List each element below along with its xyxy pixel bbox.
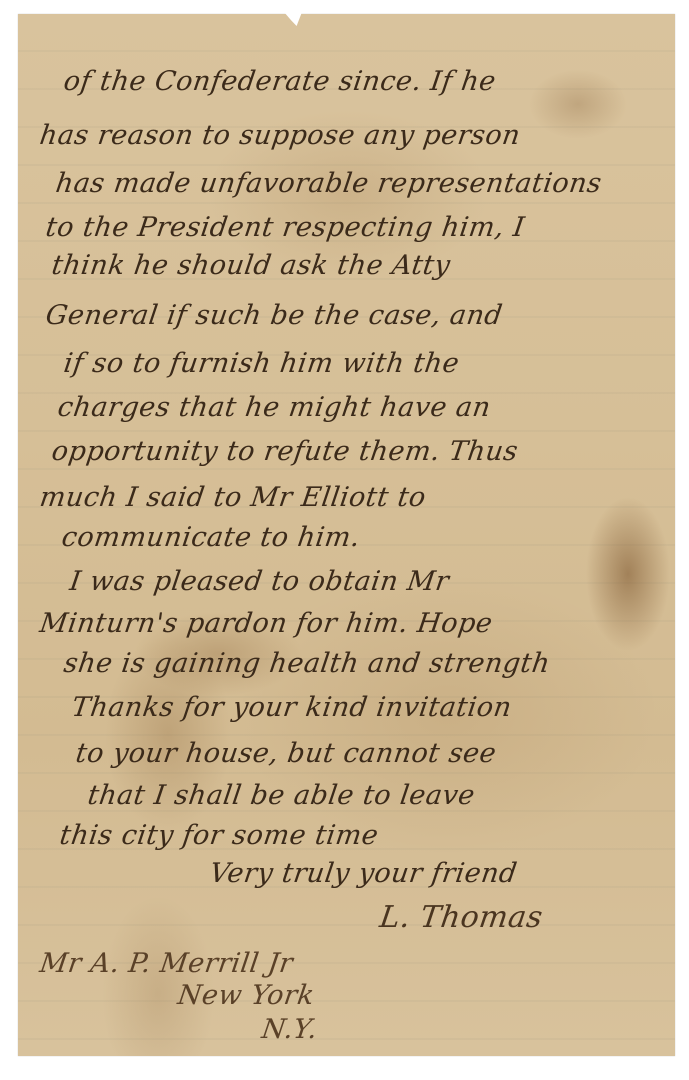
letter-line: charges that he might have an: [56, 392, 493, 423]
letter-line: she is gaining health and strength: [62, 648, 552, 679]
recipient-city: New York: [176, 980, 317, 1011]
letter-line: communicate to him.: [60, 522, 362, 553]
letter-line: has made unfavorable representations: [54, 168, 604, 199]
letter-line: has reason to suppose any person: [38, 120, 523, 151]
letter-closing: Very truly your friend: [208, 858, 519, 889]
letter-line: Thanks for your kind invitation: [70, 692, 514, 723]
letter-line: General if such be the case, and: [44, 300, 505, 331]
letter-line: opportunity to refute them. Thus: [50, 436, 520, 467]
letter-signature: L. Thomas: [378, 900, 546, 935]
letter-line: to your house, but cannot see: [74, 738, 499, 769]
letter-line: think he should ask the Atty: [50, 250, 453, 281]
letter-line: that I shall be able to leave: [86, 780, 477, 811]
recipient-state: N.Y.: [260, 1014, 320, 1045]
letter-line: if so to furnish him with the: [62, 348, 462, 379]
letter-line: I was pleased to obtain Mr: [68, 566, 451, 597]
letter-line: much I said to Mr Elliott to: [38, 482, 428, 513]
letter-line: to the President respecting him, I: [44, 212, 527, 243]
letter-line: of the Confederate since. If he: [62, 66, 498, 97]
recipient-name: Mr A. P. Merrill Jr: [38, 948, 295, 979]
letter-line: Minturn's pardon for him. Hope: [38, 608, 495, 639]
letter-line: this city for some time: [58, 820, 381, 851]
